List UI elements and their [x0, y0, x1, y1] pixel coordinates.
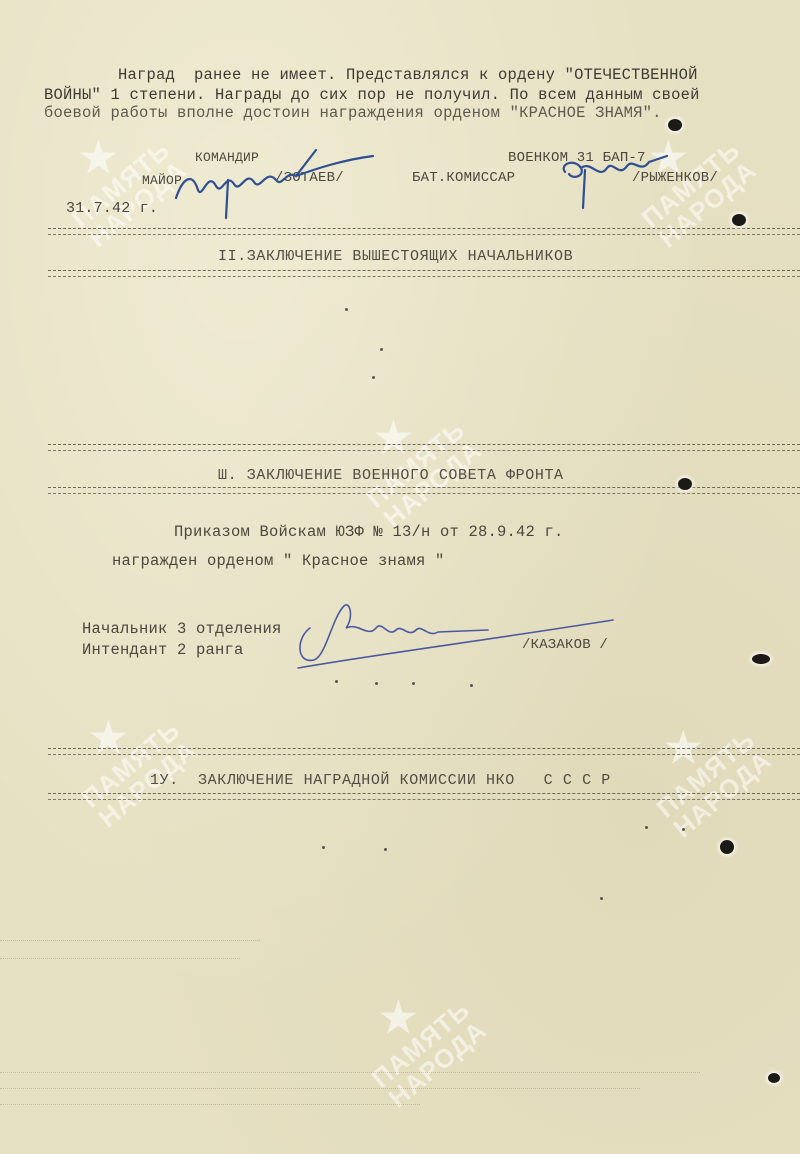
ink-speck — [600, 897, 603, 900]
signer-signature — [288, 598, 618, 682]
commander-signature — [168, 140, 378, 224]
ink-speck — [372, 376, 375, 379]
section-i-text-line: Наград ранее не имеет. Представлялся к о… — [118, 66, 698, 84]
star-icon: ★ — [40, 137, 158, 179]
ink-speck — [384, 848, 387, 851]
section-divider — [48, 228, 800, 235]
watermark: ★ ПАМЯТЬ НАРОДА — [625, 694, 776, 842]
section-iii-heading: Ш. ЗАКЛЮЧЕНИЕ ВОЕННОГО СОВЕТА ФРОНТА — [218, 467, 564, 484]
ink-speck — [375, 682, 378, 685]
section-ii-heading: II.ЗАКЛЮЧЕНИЕ ВЫШЕСТОЯЩИХ НАЧАЛЬНИКОВ — [218, 248, 573, 265]
ink-speck — [335, 680, 338, 683]
signer-title: Начальник 3 отделения — [82, 620, 282, 638]
section-divider — [48, 748, 800, 755]
punch-hole — [768, 1073, 780, 1083]
ink-speck — [682, 828, 685, 831]
ink-speck — [412, 682, 415, 685]
ink-speck — [470, 684, 473, 687]
punch-hole — [678, 478, 692, 490]
punch-hole — [668, 119, 682, 131]
signer-title: Интендант 2 ранга — [82, 641, 244, 659]
section-divider — [48, 793, 800, 800]
show-through-line — [0, 1072, 700, 1077]
show-through-line — [0, 1104, 420, 1109]
award-order-line: Приказом Войскам ЮЗФ № 13/н от 28.9.42 г… — [174, 523, 564, 541]
section-i-text-line: ВОЙНЫ" 1 степени. Награды до сих пор не … — [44, 86, 700, 104]
commissar-signature — [555, 150, 675, 214]
section-iv-heading: 1У. ЗАКЛЮЧЕНИЕ НАГРАДНОЙ КОМИССИИ НКО С … — [150, 772, 611, 789]
punch-hole — [752, 654, 770, 664]
commissar-title: БАТ.КОМИССАР — [412, 170, 515, 186]
section-divider — [48, 270, 800, 277]
show-through-line — [0, 958, 240, 963]
document-date: 31.7.42 г. — [66, 200, 158, 217]
section-divider — [48, 444, 800, 451]
punch-hole — [720, 840, 734, 854]
show-through-line — [0, 1088, 640, 1093]
archival-document-page: ★ ПАМЯТЬ НАРОДА ★ ПАМЯТЬ НАРОДА ★ ПАМЯТЬ… — [0, 0, 800, 1154]
ink-speck — [345, 308, 348, 311]
watermark: ★ ПАМЯТЬ НАРОДА — [335, 384, 486, 532]
ink-speck — [380, 348, 383, 351]
star-icon: ★ — [335, 417, 453, 459]
ink-speck — [645, 826, 648, 829]
punch-hole — [732, 214, 746, 226]
show-through-line — [0, 940, 260, 945]
ink-speck — [322, 846, 325, 849]
star-icon: ★ — [340, 997, 458, 1039]
watermark: ★ ПАМЯТЬ НАРОДА — [50, 684, 201, 832]
award-order-line: награжден орденом " Красное знамя " — [112, 552, 445, 570]
section-i-text-line: боевой работы вполне достоин награждения… — [44, 104, 662, 122]
